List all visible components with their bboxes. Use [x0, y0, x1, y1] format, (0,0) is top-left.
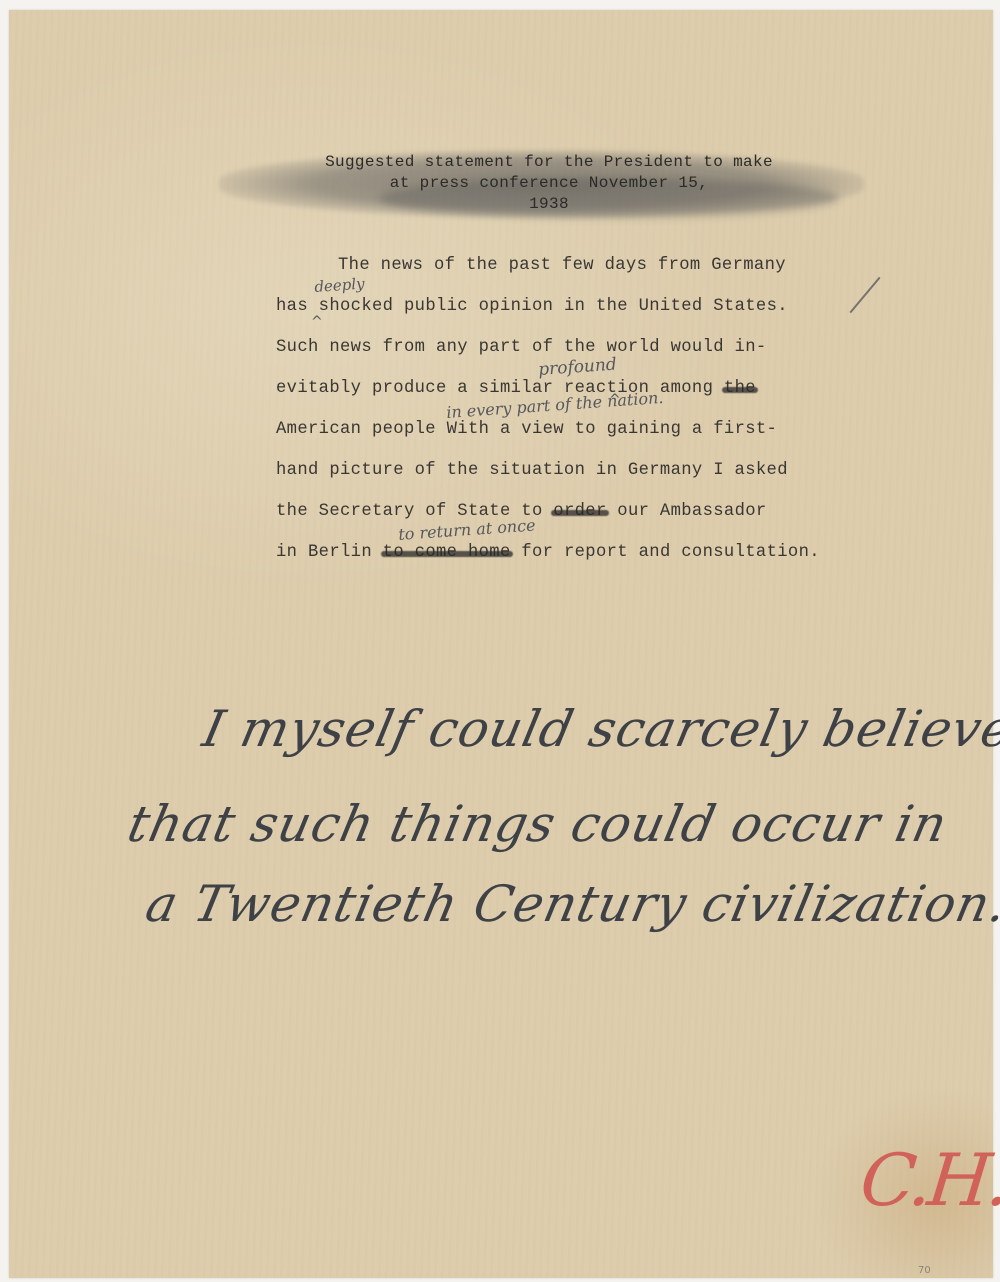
handwritten-line-1: I myself could scarcely believe: [198, 700, 1000, 758]
red-pencil-initials: C.H.: [857, 1138, 1000, 1222]
body-line-2-post: shocked public opinion in the United Sta…: [319, 297, 788, 316]
struck-word-the: the: [724, 379, 756, 398]
insertion-deeply: deeply: [314, 275, 365, 296]
body-line-3: Such news from any part of the world wou…: [276, 338, 767, 357]
body-line-6: hand picture of the situation in Germany…: [276, 461, 788, 480]
body-line-7-post: our Ambassador: [607, 502, 767, 521]
pencil-check-mark: [849, 277, 880, 314]
body-line-2: has shocked public opinion in the United…: [276, 297, 788, 316]
page-number: 70: [918, 1265, 931, 1276]
handwritten-line-2: that such things could occur in: [123, 795, 953, 853]
title-line-2: at press conference November 15,: [219, 174, 879, 192]
struck-phrase-to-come-home: to come home: [383, 543, 511, 562]
insertion-caret: ^: [311, 314, 323, 330]
body-line-8-pre: in Berlin: [276, 543, 383, 562]
document-page: Suggested statement for the President to…: [9, 10, 993, 1278]
handwritten-line-3: a Twentieth Century civilization.: [141, 875, 1000, 933]
struck-word-order: order: [553, 502, 606, 521]
body-line-1: The news of the past few days from Germa…: [338, 256, 786, 275]
insertion-profound: profound: [538, 355, 618, 380]
body-line-5: American people With a view to gaining a…: [276, 420, 777, 439]
title-line-1: Suggested statement for the President to…: [219, 153, 879, 171]
body-line-5-pre: American people: [276, 420, 436, 439]
body-line-8-post: for report and consultation.: [511, 543, 820, 562]
title-line-3: 1938: [219, 195, 879, 213]
body-line-5-post: With a view to gaining a first-: [436, 420, 777, 439]
body-line-8: in Berlin to come home for report and co…: [276, 543, 820, 562]
body-line-4: evitably produce a similar reaction amon…: [276, 379, 756, 398]
